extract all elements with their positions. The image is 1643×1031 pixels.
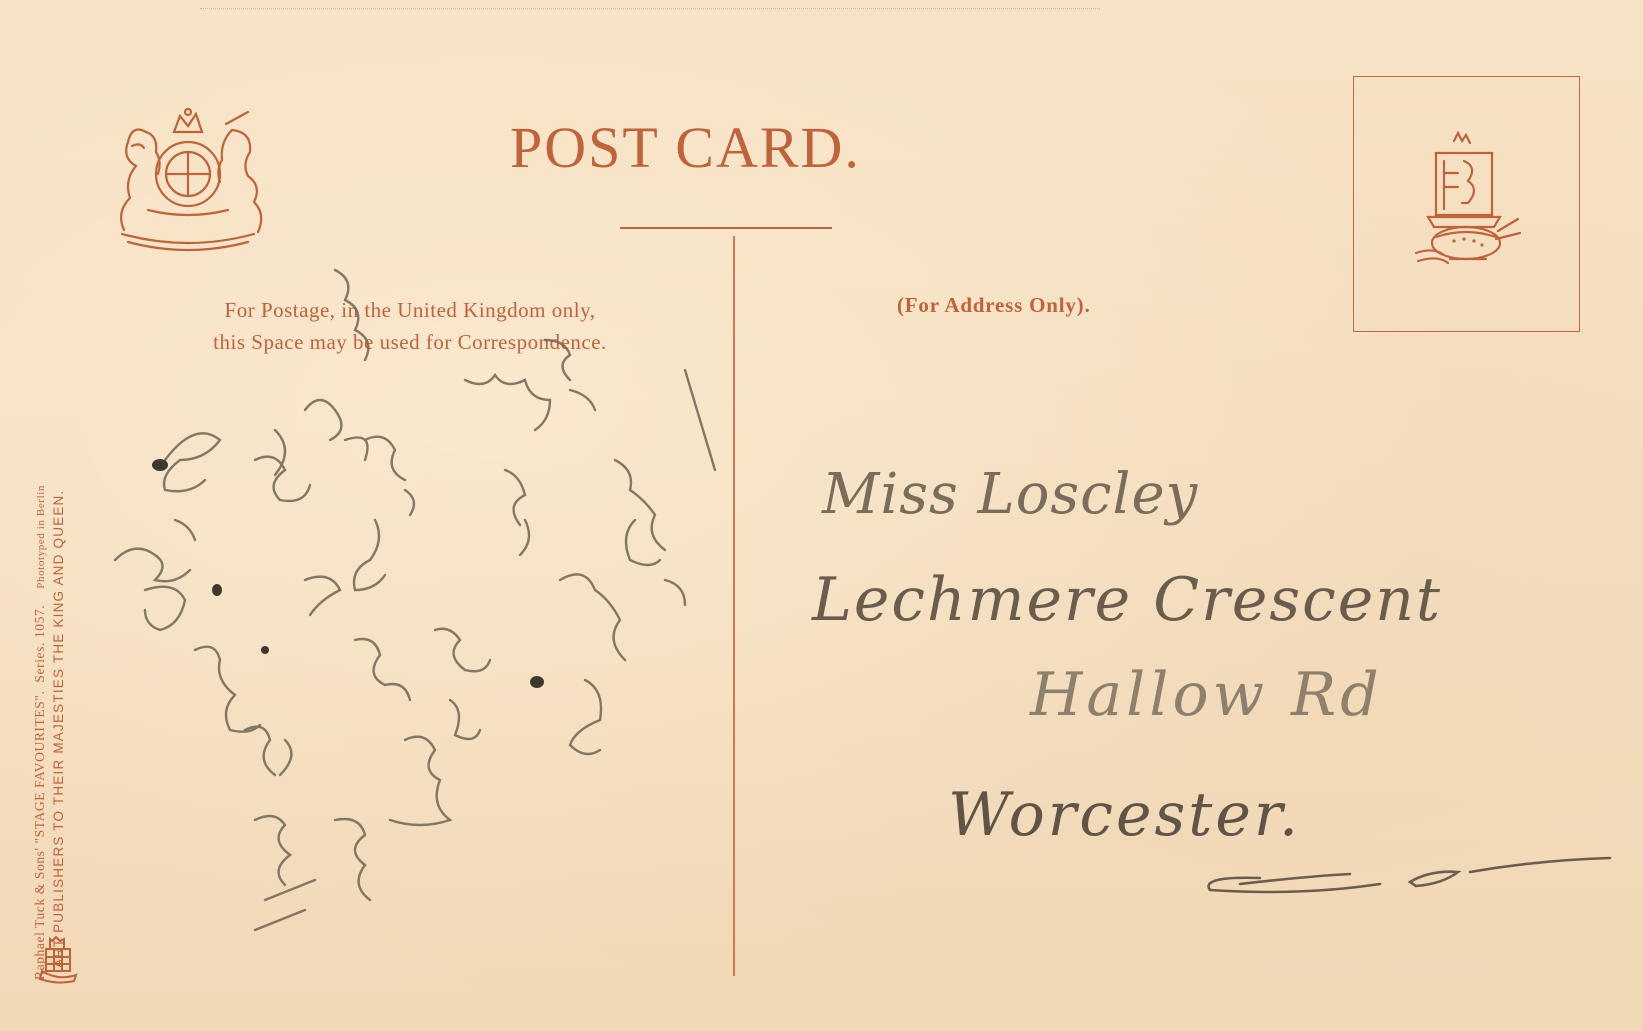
- series-name: "STAGE FAVOURITES".: [32, 691, 47, 844]
- handwritten-correspondence: [105, 260, 745, 990]
- royal-coat-of-arms-icon: [102, 102, 274, 252]
- series-number: Series. 1057.: [32, 605, 47, 683]
- address-label: (For Address Only).: [897, 293, 1091, 318]
- royal-warrant: ART PUBLISHERS TO THEIR MAJESTIES THE KI…: [51, 40, 66, 980]
- title-underline: [620, 227, 832, 229]
- signature-flourish: [1180, 830, 1620, 900]
- address-street: Lechmere Crescent: [812, 565, 1442, 635]
- torn-top-edge: [200, 0, 1100, 9]
- address-road: Hallow Rd: [1030, 660, 1383, 730]
- recipient-name: Miss Loscley: [822, 462, 1198, 527]
- page-title: POST CARD.: [510, 114, 861, 181]
- stamp-box: [1353, 76, 1580, 332]
- tuck-easel-palette-logo-icon: [1414, 131, 1524, 281]
- publisher-imprint: Raphael Tuck & Sons' "STAGE FAVOURITES".…: [32, 40, 66, 980]
- printed-in: Phototyped in Berlin: [35, 485, 47, 589]
- imprint-line-1: Raphael Tuck & Sons' "STAGE FAVOURITES".…: [32, 40, 48, 980]
- tuck-trademark-icon: [36, 935, 80, 985]
- postcard-back: Raphael Tuck & Sons' "STAGE FAVOURITES".…: [0, 0, 1643, 1031]
